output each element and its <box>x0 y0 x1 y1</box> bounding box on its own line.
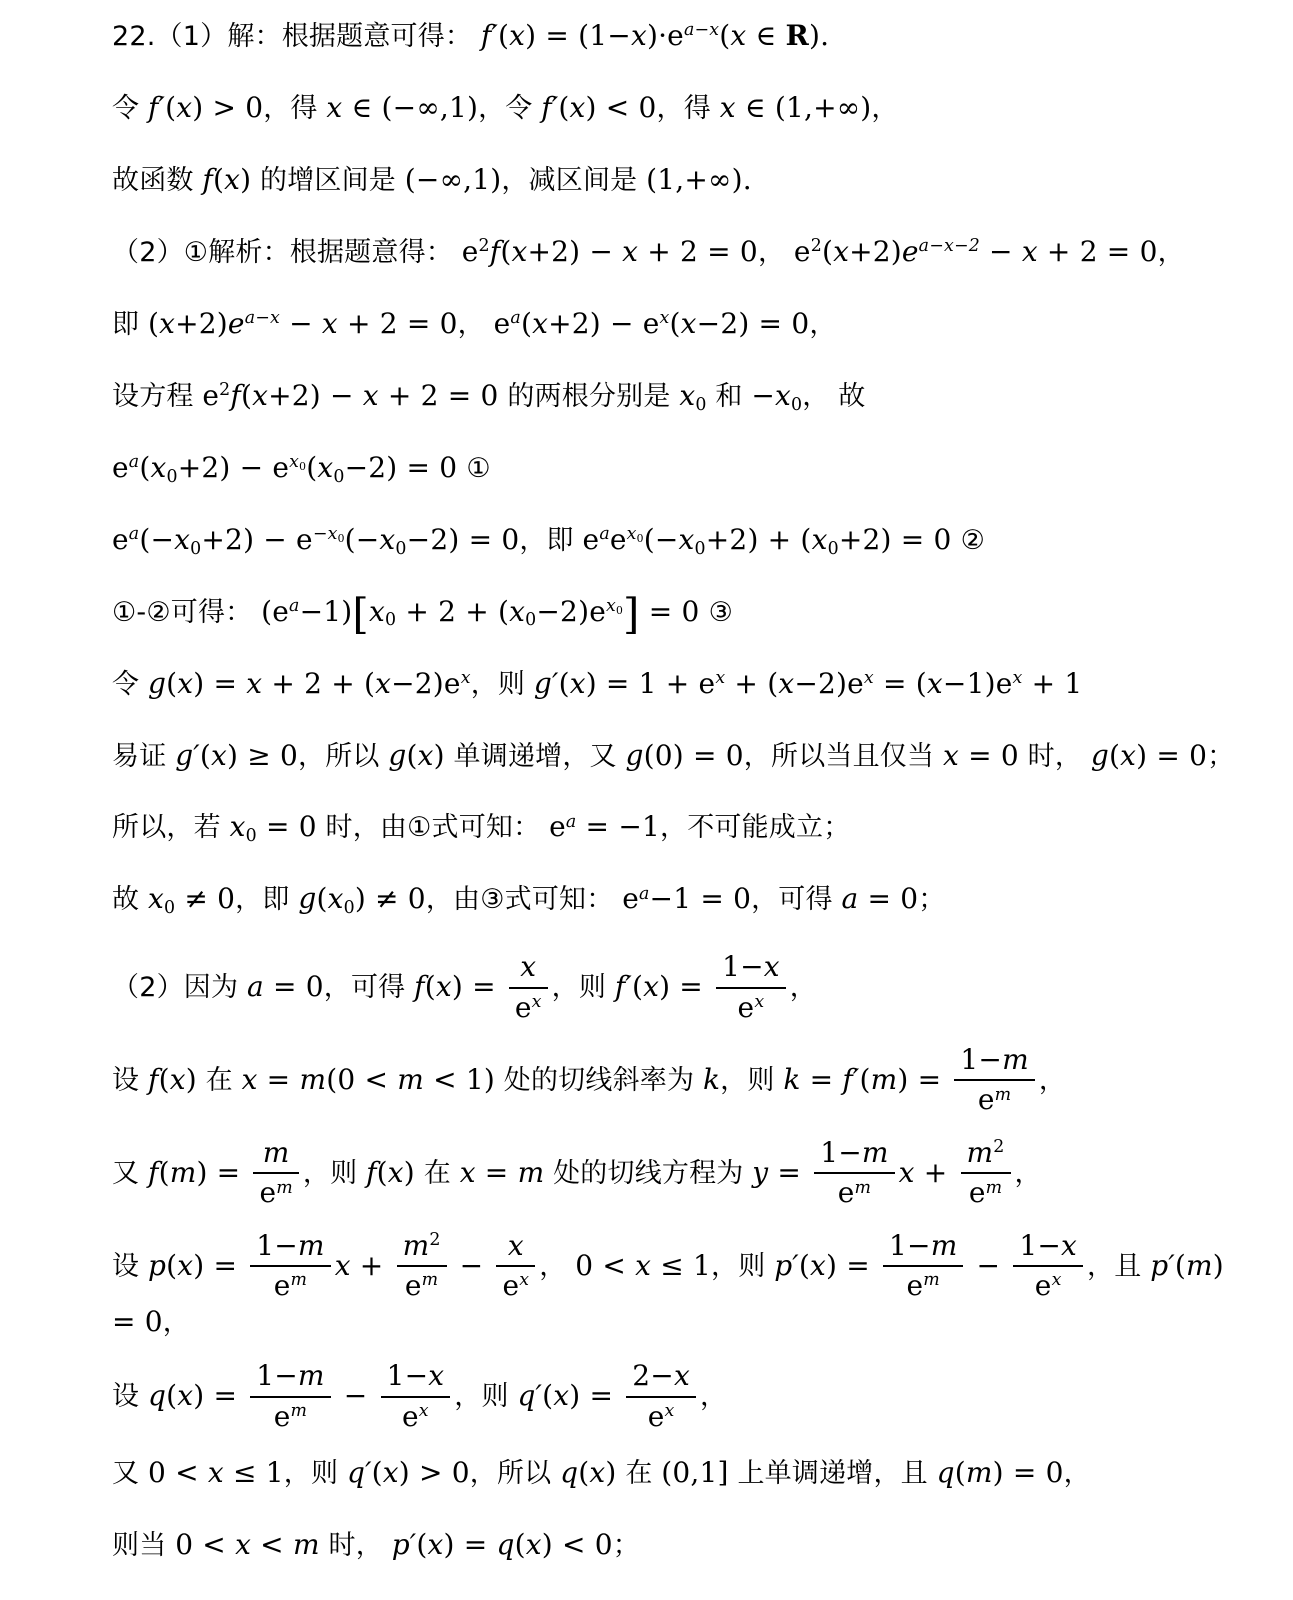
math-variable: a <box>639 884 650 904</box>
text-run: ，则 <box>284 1458 347 1489</box>
math-variable: x <box>622 235 638 268</box>
superscript: x0 <box>606 596 623 615</box>
solution-line-20: 则当 0 < x < m 时， p′(x) = q(x) < 0； <box>112 1527 1241 1565</box>
fraction-numerator: 1−m <box>250 1360 330 1397</box>
math-variable: x <box>461 668 471 688</box>
text-run: ，所以 <box>470 1458 560 1489</box>
math-variable: x <box>833 235 849 268</box>
math-run: 0 <box>338 532 345 545</box>
math-variable: a <box>566 812 577 832</box>
math-variable: x <box>436 970 452 1003</box>
math-variable: x <box>230 810 246 843</box>
math-run: ) = <box>659 970 712 1003</box>
math-run: 1− <box>820 1136 862 1169</box>
math-run: ) < 0 <box>586 91 657 124</box>
math-run: ( <box>165 91 176 124</box>
superscript: m <box>923 1270 940 1289</box>
math-run: (0,1] <box>661 1456 728 1489</box>
text-run: 在 <box>617 1458 662 1489</box>
math-run: + 2 = 0 <box>638 235 758 268</box>
text-run: ① <box>466 453 490 484</box>
math-run: −1) <box>300 595 353 628</box>
math-run: ) <box>186 1063 197 1096</box>
text-run: 设 <box>112 1065 148 1096</box>
text-run: ，且 <box>1087 1250 1150 1281</box>
text-run: 又 <box>112 1158 148 1189</box>
math-variable: x <box>943 739 959 772</box>
math-run: ) = <box>193 1248 246 1281</box>
superscript: x <box>864 668 874 687</box>
text-run: 和 <box>707 381 752 412</box>
text-run: 即 <box>112 309 148 340</box>
math-run: + 2 = 0 <box>338 307 458 340</box>
math-run: = <box>800 1063 842 1096</box>
text-run: ② <box>961 525 985 556</box>
math-run: e <box>462 235 479 268</box>
solution-content: 22.（1）解：根据题意可得： f′(x) = (1−x)·ea−x(x ∈ R… <box>112 18 1241 1565</box>
math-run: ( <box>159 1063 170 1096</box>
math-variable: x <box>526 1528 542 1561</box>
math-run: ( <box>166 1248 177 1281</box>
math-variable: x <box>418 739 434 772</box>
math-run: 1− <box>889 1229 931 1262</box>
math-run: 0 <box>344 898 355 918</box>
superscript: a <box>129 452 140 471</box>
math-variable: x <box>674 1359 690 1392</box>
subscript: 0 <box>164 898 175 917</box>
math-variable: x <box>864 668 874 688</box>
solution-line-11: 易证 g′(x) ≥ 0，所以 g(x) 单调递增，又 g(0) = 0，所以当… <box>112 738 1241 776</box>
math-run: e <box>794 235 811 268</box>
math-run: − <box>313 524 328 544</box>
text-run: 的两根分别是 <box>499 381 680 412</box>
math-variable: m <box>298 1229 325 1262</box>
fraction-numerator: m <box>253 1137 298 1174</box>
math-run: ) ≥ 0 <box>227 739 298 772</box>
text-run: （2）因为 <box>112 972 247 1003</box>
math-run: ( <box>416 1528 427 1561</box>
math-variable: f <box>230 379 241 412</box>
math-variable: q <box>148 1379 166 1412</box>
text-run: ， <box>1064 1458 1091 1489</box>
math-variable: x <box>383 1456 399 1489</box>
math-run: (− <box>644 523 679 556</box>
math-variable: e <box>902 235 919 268</box>
math-variable: m <box>291 1401 308 1421</box>
fraction: 1−mem <box>814 1137 894 1210</box>
text-run: ，所以当且仅当 <box>744 741 943 772</box>
text-run: ，令 <box>478 93 541 124</box>
math-run: = 0 <box>959 739 1019 772</box>
fraction-denominator: ex <box>496 1267 535 1302</box>
math-variable: x <box>388 1156 404 1189</box>
superscript: m <box>986 1178 1003 1197</box>
math-run: ( <box>213 163 224 196</box>
fraction-denominator: em <box>883 1267 963 1302</box>
math-run: ) = <box>196 1156 249 1189</box>
math-variable: a <box>842 882 859 915</box>
math-variable: x <box>899 1156 915 1189</box>
math-run: = <box>258 1063 300 1096</box>
math-variable: q′ <box>347 1456 372 1489</box>
subscript: 0 <box>166 467 177 486</box>
math-run: ( <box>670 307 681 340</box>
math-variable: x <box>1012 668 1022 688</box>
math-variable: f <box>202 163 213 196</box>
math-variable: p′ <box>774 1248 799 1281</box>
text-run: ③ <box>709 597 733 628</box>
math-run: + <box>915 1156 957 1189</box>
math-variable: p′ <box>392 1528 417 1561</box>
math-variable: x <box>335 1248 351 1281</box>
text-run: 处的切线方程为 <box>544 1158 752 1189</box>
math-run: e <box>259 1176 276 1209</box>
math-run: (e <box>261 595 289 628</box>
math-variable: x <box>553 1379 569 1412</box>
text-run: ，即 <box>235 884 298 915</box>
text-run: ，得 <box>657 93 720 124</box>
math-run: e <box>838 1176 855 1209</box>
math-variable: f <box>148 1156 159 1189</box>
superscript: x0 <box>289 452 306 471</box>
math-run: ( <box>1175 1248 1186 1281</box>
math-variable: x <box>379 523 395 556</box>
math-variable: q <box>497 1528 515 1561</box>
fraction: 1−mem <box>883 1230 963 1303</box>
math-variable: k <box>783 1063 800 1096</box>
math-variable: x <box>322 307 338 340</box>
math-variable: m <box>291 1270 308 1290</box>
text-run: ，得 <box>263 93 326 124</box>
fraction-numerator: 1−m <box>814 1137 894 1174</box>
fraction-denominator: ex <box>381 1398 451 1433</box>
math-run: ) <box>605 1456 616 1489</box>
text-run: ，则 <box>720 1065 783 1096</box>
math-variable: f <box>148 1063 159 1096</box>
math-run: ) = <box>452 970 505 1003</box>
math-variable: x <box>1022 235 1038 268</box>
math-variable: f <box>414 970 425 1003</box>
fraction: 1−mem <box>954 1044 1034 1117</box>
math-variable: x <box>715 668 725 688</box>
math-run: −2)e <box>391 667 461 700</box>
math-run: 0 < <box>575 1248 635 1281</box>
solution-line-5: 即 (x+2)ea−x − x + 2 = 0， ea(x+2) − ex(x−… <box>112 306 1241 344</box>
math-run: + 2 + ( <box>396 595 509 628</box>
superscript: x <box>715 668 725 687</box>
math-variable: x <box>177 667 193 700</box>
subscript: 0 <box>525 610 536 629</box>
fraction: 1−mem <box>250 1230 330 1303</box>
superscript: 2 <box>479 236 490 255</box>
math-variable: x <box>369 595 385 628</box>
math-run: ) > 0 <box>192 91 263 124</box>
math-run: 0 <box>637 532 644 545</box>
fraction-denominator: em <box>954 1081 1034 1116</box>
fraction-denominator: em <box>961 1174 1011 1209</box>
math-run: ) = <box>193 667 246 700</box>
math-run: ) = <box>569 1379 622 1412</box>
math-run: = 0 <box>257 810 317 843</box>
math-variable: x <box>810 1248 826 1281</box>
fraction: m2em <box>961 1137 1011 1210</box>
math-variable: x <box>764 950 780 983</box>
math-run: ( <box>515 1528 526 1561</box>
text-run: 处的切线斜率为 <box>495 1065 703 1096</box>
math-variable: m <box>995 1085 1012 1105</box>
math-run: 2 <box>219 380 230 400</box>
superscript: x <box>419 1401 429 1420</box>
solution-line-12: 所以，若 x0 = 0 时，由①式可知： ea = −1，不可能成立； <box>112 809 1241 847</box>
math-variable: x <box>927 667 943 700</box>
math-variable: x <box>252 379 268 412</box>
text-run: ， <box>539 1250 575 1281</box>
math-run: −2) = 0 <box>407 523 520 556</box>
superscript: a <box>599 524 610 543</box>
math-variable: x <box>512 235 528 268</box>
superscript: a <box>510 308 521 327</box>
text-run: 易证 <box>112 741 175 772</box>
math-run: ( <box>955 1456 966 1489</box>
superscript: m <box>854 1178 871 1197</box>
math-run: 0 < <box>148 1456 208 1489</box>
math-run: + 2 + ( <box>262 667 375 700</box>
fraction-numerator: 1−x <box>381 1360 451 1397</box>
fraction-denominator: ex <box>1013 1267 1083 1302</box>
fraction-numerator: 1−x <box>1013 1230 1083 1267</box>
math-run: ) <box>434 739 445 772</box>
math-run: ( <box>200 739 211 772</box>
math-run: 1− <box>1019 1229 1061 1262</box>
fraction: mem <box>253 1137 298 1210</box>
math-variable: p <box>148 1248 166 1281</box>
math-run: e <box>907 1269 924 1302</box>
text-run: ， <box>871 93 898 124</box>
math-run: 0 <box>828 539 839 559</box>
text-run: ， <box>1039 1065 1066 1096</box>
math-run: (− <box>345 523 380 556</box>
text-run: 令 <box>112 93 148 124</box>
solution-line-10: 令 g(x) = x + 2 + (x−2)ex，则 g′(x) = 1 + e… <box>112 666 1241 704</box>
text-run: ，减区间是 <box>501 165 646 196</box>
math-run: (0 < <box>326 1063 397 1096</box>
math-variable: q <box>560 1456 578 1489</box>
fraction-denominator: em <box>250 1398 330 1433</box>
math-variable: x <box>631 19 647 52</box>
math-variable: a−x−2 <box>919 236 980 256</box>
math-run: ) = 0 <box>993 1456 1064 1489</box>
math-variable: q′ <box>517 1379 542 1412</box>
math-run: − <box>980 235 1022 268</box>
math-run: e <box>610 523 627 556</box>
math-variable: m <box>518 1156 545 1189</box>
text-run: ，可得 <box>324 972 414 1003</box>
text-run: ， <box>1015 1158 1042 1189</box>
math-variable: x <box>812 523 828 556</box>
text-run: 时， <box>1019 741 1091 772</box>
math-variable: x <box>509 595 525 628</box>
fraction: 1−mem <box>250 1360 330 1433</box>
math-run: ∈ (−∞,1) <box>342 91 478 124</box>
math-run: (0) = 0 <box>644 739 744 772</box>
subscript: 0 <box>333 467 344 486</box>
math-run: + 2 = 0 <box>1038 235 1158 268</box>
math-run: 1− <box>960 1043 1002 1076</box>
text-run: 在 <box>415 1158 460 1189</box>
fraction-numerator: 2−x <box>626 1360 696 1397</box>
math-run: +2) − e <box>548 307 659 340</box>
math-run: 0 <box>385 610 396 630</box>
superscript: a <box>566 812 577 831</box>
math-run: ( <box>500 235 511 268</box>
math-variable: m <box>931 1229 958 1262</box>
fraction-numerator: 1−m <box>883 1230 963 1267</box>
math-run: ( <box>859 1063 870 1096</box>
text-run: 在 <box>197 1065 242 1096</box>
math-run: (−∞,1) <box>405 163 502 196</box>
document-page: 22.（1）解：根据题意可得： f′(x) = (1−x)·ea−x(x ∈ R… <box>0 0 1293 1600</box>
math-variable: m <box>276 1178 293 1198</box>
math-variable: x <box>1052 1270 1062 1290</box>
math-run: ( <box>578 1456 589 1489</box>
math-run: + <box>351 1248 393 1281</box>
math-run: ) ≠ 0 <box>355 882 426 915</box>
superscript: m <box>291 1401 308 1420</box>
fraction: xex <box>496 1230 535 1303</box>
math-run: e <box>274 1269 291 1302</box>
text-run: 的增区间是 <box>251 165 405 196</box>
math-variable: x <box>148 882 164 915</box>
fraction-numerator: m2 <box>961 1137 1011 1174</box>
math-variable: x <box>635 1248 651 1281</box>
math-run: + 2 = 0 <box>379 379 499 412</box>
math-run: ( <box>498 19 509 52</box>
subscript: 0 <box>385 610 396 629</box>
solution-line-18: 设 q(x) = 1−mem − 1−xex，则 q′(x) = 2−xex， <box>112 1362 1241 1435</box>
math-variable: x <box>246 667 262 700</box>
text-run: ，则 <box>471 669 534 700</box>
text-run: ， 故 <box>802 381 865 412</box>
math-variable: m <box>263 1136 290 1169</box>
superscript: 2 <box>429 1230 440 1249</box>
superscript: −x0 <box>313 524 345 543</box>
math-variable: q <box>937 1456 955 1489</box>
math-run: (1,+∞). <box>646 163 752 196</box>
math-variable: x <box>1120 739 1136 772</box>
math-run: ) = 1 + e <box>586 667 716 700</box>
math-run: ). <box>809 19 829 52</box>
math-run: = <box>768 1156 810 1189</box>
math-variable: f′ <box>615 970 632 1003</box>
superscript: x <box>461 668 471 687</box>
math-run: ≤ 1 <box>651 1248 711 1281</box>
superscript: 2 <box>219 380 230 399</box>
math-run: ≤ 1 <box>224 1456 284 1489</box>
math-run: ) = <box>897 1063 950 1096</box>
solution-line-14: （2）因为 a = 0，可得 f(x) = xex，则 f′(x) = 1−xe… <box>112 953 1241 1026</box>
math-run: ( <box>166 667 177 700</box>
math-run: ) = <box>193 1379 246 1412</box>
math-run: ( <box>632 970 643 1003</box>
math-run: −2) = 0 <box>345 451 467 484</box>
math-variable: g′ <box>175 739 200 772</box>
math-variable: m <box>854 1178 871 1198</box>
math-run: 0 <box>395 539 406 559</box>
math-variable: x <box>150 451 166 484</box>
superscript: x <box>664 1401 674 1420</box>
math-run: +2) − <box>268 379 363 412</box>
math-run: − <box>967 1248 1009 1281</box>
math-run: e <box>494 307 511 340</box>
math-run: ( <box>372 1456 383 1489</box>
math-run: ) > 0 <box>399 1456 470 1489</box>
math-run: (− <box>139 523 174 556</box>
math-variable: x <box>328 882 344 915</box>
math-variable: x <box>532 992 542 1012</box>
fraction-numerator: m2 <box>397 1230 447 1267</box>
math-variable: x <box>754 992 764 1012</box>
math-run: ( <box>521 307 532 340</box>
math-run: 0 <box>616 604 623 617</box>
math-run: e <box>202 379 219 412</box>
fraction-denominator: em <box>250 1267 330 1302</box>
math-run: = 0 <box>858 882 918 915</box>
text-run: ； <box>1207 741 1234 772</box>
math-run: ( <box>542 1379 553 1412</box>
math-variable: m <box>298 1359 325 1392</box>
math-run: 2 <box>811 236 822 256</box>
text-run: ，即 <box>519 525 582 556</box>
subscript: 0 <box>695 395 706 414</box>
math-variable: x <box>177 1248 193 1281</box>
math-run: ) = 0 <box>1136 739 1207 772</box>
fraction-denominator: em <box>814 1174 894 1209</box>
solution-line-16: 又 f(m) = mem，则 f(x) 在 x = m 处的切线方程为 y = … <box>112 1139 1241 1212</box>
math-run: ) <box>404 1156 415 1189</box>
solution-line-13: 故 x0 ≠ 0，即 g(x0) ≠ 0，由③式可知： ea−1 = 0，可得 … <box>112 881 1241 919</box>
math-variable: m <box>1002 1043 1029 1076</box>
text-run: ； <box>918 884 945 915</box>
math-variable: e <box>228 307 245 340</box>
text-run: （2）①解析：根据题意得： <box>112 237 462 268</box>
subscript: 0 <box>828 539 839 558</box>
text-run: ，不可能成立； <box>660 812 850 843</box>
fraction-numerator: x <box>509 951 548 988</box>
math-run: 0 <box>333 467 344 487</box>
math-variable: m <box>862 1136 889 1169</box>
subscript: 0 <box>338 533 345 545</box>
math-run: = −1 <box>576 810 660 843</box>
math-run: e <box>405 1269 422 1302</box>
math-run: − <box>451 1248 493 1281</box>
text-run: ， <box>163 1307 190 1338</box>
math-variable: m <box>403 1229 430 1262</box>
math-variable: x <box>170 1063 186 1096</box>
math-run: e <box>402 1400 419 1433</box>
math-run: e <box>1035 1269 1052 1302</box>
superscript: x <box>660 308 670 327</box>
math-variable: x <box>679 523 695 556</box>
math-variable: x <box>208 1456 224 1489</box>
math-variable: f <box>366 1156 377 1189</box>
math-variable: x <box>775 379 791 412</box>
subscript: 0 <box>395 539 406 558</box>
solution-line-9: ①-②可得： (ea−1)[x0 + 2 + (x0−2)ex0] = 0 ③ <box>112 594 1241 632</box>
solution-line-15: 设 f(x) 在 x = m(0 < m < 1) 处的切线斜率为 k，则 k … <box>112 1046 1241 1119</box>
math-run: ( <box>139 451 150 484</box>
math-run: − <box>751 379 775 412</box>
math-variable: x <box>627 524 637 544</box>
